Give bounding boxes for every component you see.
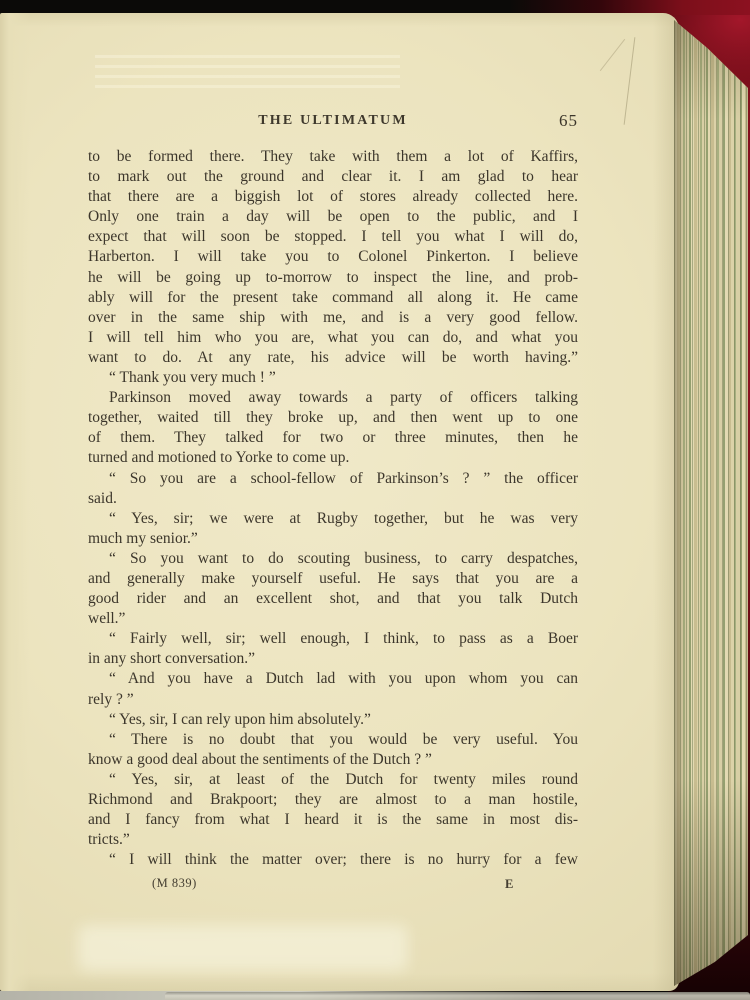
text-line: tricts.” xyxy=(88,830,578,850)
page-crease xyxy=(624,37,636,124)
text-line: that there are a biggish lot of stores a… xyxy=(88,187,578,207)
text-line: “ So you want to do scouting business, t… xyxy=(88,549,578,569)
text-line: “ I will think the matter over; there is… xyxy=(88,850,578,870)
text-line: Only one train a day will be open to the… xyxy=(88,207,578,227)
text-line: expect that will soon be stopped. I tell… xyxy=(88,227,578,247)
text-line: rely ? ” xyxy=(88,690,578,710)
text-line: want to do. At any rate, his advice will… xyxy=(88,348,578,368)
fore-edge-page-stack xyxy=(674,0,748,1000)
text-line: to be formed there. They take with them … xyxy=(88,147,578,167)
text-line: Parkinson moved away towards a party of … xyxy=(88,388,578,408)
running-head: THE ULTIMATUM 65 xyxy=(88,113,578,133)
text-line: in any short conversation.” xyxy=(88,649,578,669)
text-line: know a good deal about the sentiments of… xyxy=(88,750,578,770)
text-line: “ Yes, sir, I can rely upon him absolute… xyxy=(88,710,578,730)
text-line: “ Yes, sir, at least of the Dutch for tw… xyxy=(88,770,578,790)
table-edge xyxy=(165,992,750,1000)
signature-mark: E xyxy=(505,877,513,892)
text-line: “ Thank you very much ! ” xyxy=(88,368,578,388)
running-head-title: THE ULTIMATUM xyxy=(88,113,578,129)
text-line: ably will for the present take command a… xyxy=(88,288,578,308)
text-line: turned and motioned to Yorke to come up. xyxy=(88,448,578,468)
scanned-book-photo: THE ULTIMATUM 65 to be formed there. The… xyxy=(0,0,750,1000)
text-line: together, waited till they broke up, and… xyxy=(88,408,578,428)
text-line: Richmond and Brakpoort; they are almost … xyxy=(88,790,578,810)
scan-artifact-streaks xyxy=(95,55,400,93)
text-line: much my senior.” xyxy=(88,529,578,549)
text-line: “ Fairly well, sir; well enough, I think… xyxy=(88,629,578,649)
text-line: “ So you are a school-fellow of Parkinso… xyxy=(88,469,578,489)
text-line: I will tell him who you are, what you ca… xyxy=(88,328,578,348)
page-footer: (M 839) E xyxy=(88,876,578,894)
scan-artifact-fade xyxy=(78,925,408,971)
text-line: of them. They talked for two or three mi… xyxy=(88,428,578,448)
text-line: Harberton. I will take you to Colonel Pi… xyxy=(88,247,578,267)
text-line: and generally make yourself useful. He s… xyxy=(88,569,578,589)
text-line: good rider and an excellent shot, and th… xyxy=(88,589,578,609)
text-line: said. xyxy=(88,489,578,509)
printers-mark: (M 839) xyxy=(152,876,197,891)
text-line: “ There is no doubt that you would be ve… xyxy=(88,730,578,750)
page-number: 65 xyxy=(559,111,578,131)
page-crease xyxy=(600,39,625,71)
text-line: he will be going up to-morrow to inspect… xyxy=(88,268,578,288)
text-line: “ Yes, sir; we were at Rugby together, b… xyxy=(88,509,578,529)
text-lines: to be formed there. They take with them … xyxy=(88,147,578,870)
text-line: over in the same ship with me, and is a … xyxy=(88,308,578,328)
text-line: well.” xyxy=(88,609,578,629)
text-line: and I fancy from what I heard it is the … xyxy=(88,810,578,830)
text-line: to mark out the ground and clear it. I a… xyxy=(88,167,578,187)
book-page: THE ULTIMATUM 65 to be formed there. The… xyxy=(0,13,679,991)
text-line: “ And you have a Dutch lad with you upon… xyxy=(88,669,578,689)
